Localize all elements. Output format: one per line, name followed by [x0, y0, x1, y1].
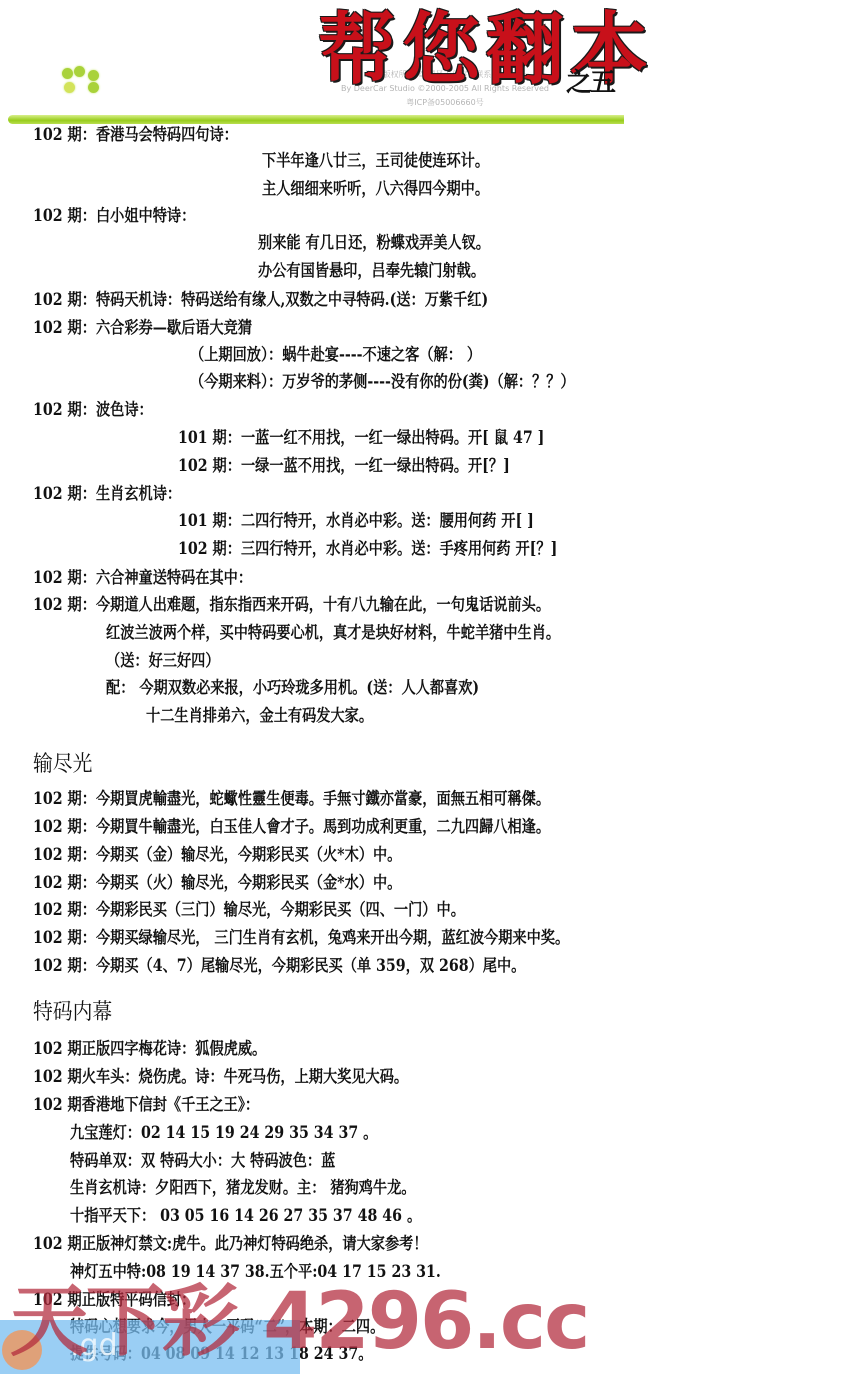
text-line: 102 期：今期買牛輸盡光，白玉佳人會才子。馬到功成利更重，二九四歸八相逢。	[33, 814, 550, 840]
text-line: 102 期：今期买（火）输尽光，今期彩民买（金*水）中。	[33, 870, 401, 896]
copyright-line: 粤ICP备05006660号	[315, 96, 575, 110]
text-line: 102 期火车头：烧伤虎。诗：牛死马伤，上期大奖见大码。	[33, 1064, 408, 1090]
section-title-special-code: 特码内幕	[33, 998, 112, 1028]
page-header: 版权所有 © 黑风工作室 · 联系方式 By DeerCar Studio ©2…	[0, 0, 849, 128]
text-line: 102 期：白小姐中特诗：	[33, 203, 195, 229]
text-line: 102 期：六合神童送特码在其中：	[33, 565, 252, 591]
text-line: 特码单双：双 特码大小：大 特码波色：蓝	[70, 1148, 335, 1174]
text-line: 102 期：生肖玄机诗：	[33, 481, 181, 507]
text-line: 102 期：今期买（金）输尽光，今期彩民买（火*木）中。	[33, 842, 401, 868]
text-line: 红波兰波两个样，买中特码要心机，真才是块好材料，牛蛇羊猪中生肖。	[106, 620, 560, 646]
text-line: 102 期：特码天机诗：特码送给有缘人,双数之中寻特码.(送：万紫千红)	[33, 287, 488, 313]
text-line: 十二生肖排弟六，金土有码发大家。	[146, 703, 373, 729]
text-line: （今期来料）：万岁爷的茅侧----没有你的份(粪)（解：？？）	[190, 369, 575, 395]
text-line: 下半年逢八廿三，王司徒使连环计。	[262, 148, 489, 174]
text-line: 生肖玄机诗：夕阳西下，猪龙发财。主： 猪狗鸡牛龙。	[70, 1175, 416, 1201]
text-line: 别来能 有几日还，粉蝶戏弄美人钗。	[258, 230, 490, 256]
text-line: 102 期正版四字梅花诗：狐假虎威。	[33, 1036, 266, 1062]
text-line: 102 期：今期買虎輸盡光，蛇蠍性靈生便毒。手無寸鐵亦當豪，面無五相可稱傑。	[33, 786, 550, 812]
text-line: 办公有国皆悬印，吕奉先辕门射戟。	[258, 258, 485, 284]
text-line: 102 期：波色诗：	[33, 397, 153, 423]
text-line: 101 期：二四行特开，水肖必中彩。送：腰用何药 开[ ]	[178, 508, 534, 534]
text-line: 102 期：今期道人出难题，指东指西来开码，十有八九输在此，一句鬼话说前头。	[33, 592, 550, 618]
text-line: 九宝莲灯：02 14 15 19 24 29 35 34 37 。	[70, 1120, 377, 1146]
text-line: 主人细细来听听，八六得四今期中。	[262, 176, 489, 202]
text-line: （送：好三好四）	[106, 648, 220, 674]
text-line: 102 期正版神灯禁文:虎牛。此乃神灯特码绝杀，请大家参考！	[33, 1231, 428, 1257]
studio-logo-icon	[62, 66, 112, 96]
text-line: 102 期：六合彩券—歇后语大竞猜	[33, 315, 252, 341]
section-title-lose-all: 输尽光	[33, 750, 92, 780]
text-line: 配： 今期双数必来报，小巧玲珑多用机。(送：人人都喜欢)	[106, 675, 479, 701]
text-line: （上期回放）：蜗牛赴宴----不速之客（解： ）	[190, 342, 481, 368]
page-subtitle: 之五	[566, 62, 614, 99]
text-line: 102 期：今期买（4、7）尾输尽光，今期彩民买（单 359，双 268）尾中。	[33, 953, 525, 979]
text-line: 101 期：一蓝一红不用找，一红一绿出特码。开[ 鼠 47 ]	[178, 425, 544, 451]
text-line: 102 期：今期买绿输尽光， 三门生肖有玄机，兔鸡来开出今期，蓝红波今期来中奖。	[33, 925, 569, 951]
text-line: 102 期：香港马会特码四句诗：	[33, 122, 238, 148]
watermark-text: 天下彩 4296.cc	[10, 1282, 588, 1362]
text-line: 102 期：三四行特开，水肖必中彩。送：手疼用何药 开[？]	[178, 536, 557, 562]
text-line: 102 期：一绿一蓝不用找，一红一绿出特码。开[？]	[178, 453, 510, 479]
text-line: 102 期香港地下信封《千王之王》：	[33, 1092, 259, 1118]
text-line: 十指平天下： 03 05 16 14 26 27 35 37 48 46 。	[70, 1203, 421, 1229]
text-line: 102 期：今期彩民买（三门）输尽光，今期彩民买（四、一门）中。	[33, 897, 465, 923]
